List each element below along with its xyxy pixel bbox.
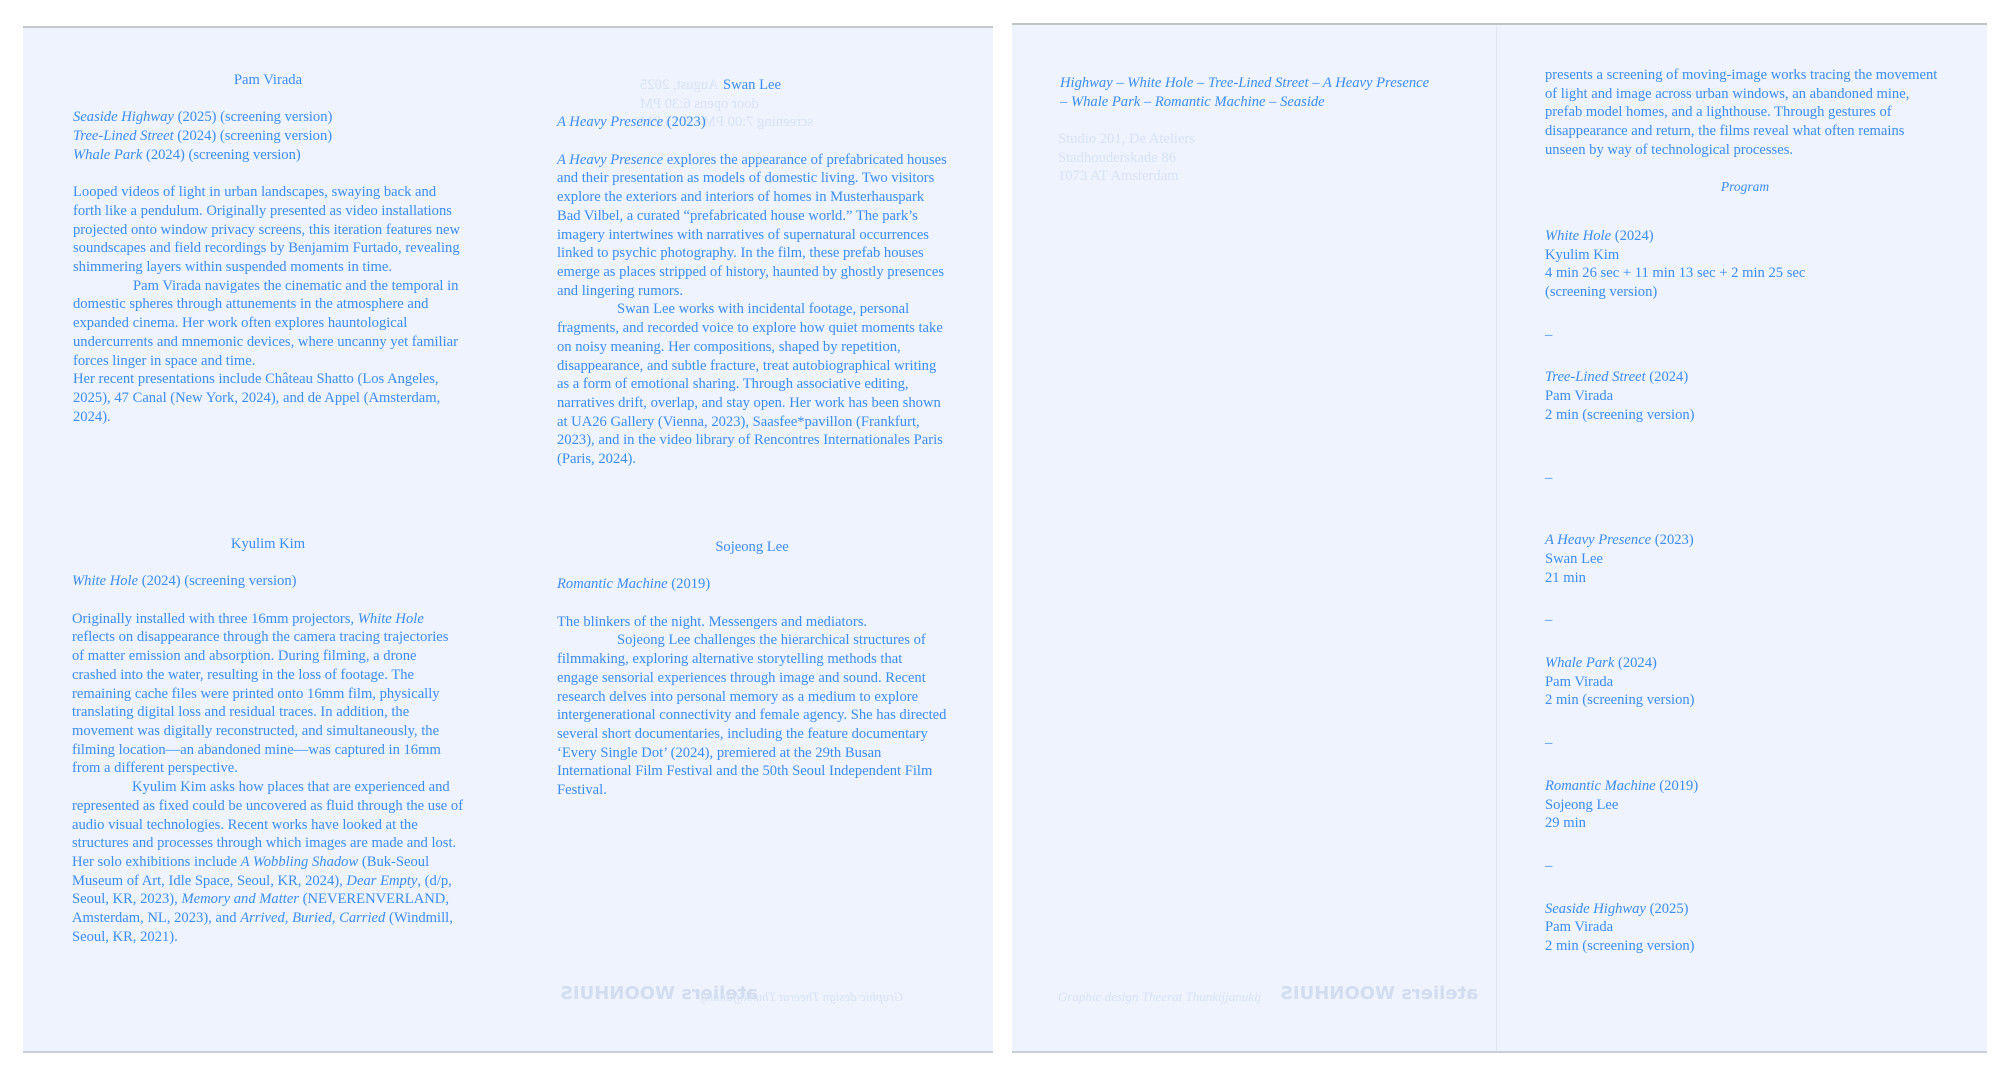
work-description: Looped videos of light in urban landscap… [73,183,463,277]
program-heading: Program [1545,178,1945,197]
work-line: White Hole (2024) (screening version) [72,572,464,591]
artist-section-swan-lee: Swan Lee A Heavy Presence (2023) A Heavy… [557,76,947,469]
program-separator: – [1545,734,1945,753]
artist-name: Kyulim Kim [72,535,464,554]
work-line: Seaside Highway (2025) (screening versio… [73,108,463,127]
artist-name: Swan Lee [557,76,947,95]
page-fold [1496,26,1497,1051]
artist-bio: Kyulim Kim asks how places that are expe… [72,778,464,946]
work-description: Originally installed with three 16mm pro… [72,610,464,778]
work-line: Romantic Machine (2019) [557,575,947,594]
program-item: Tree-Lined Street (2024)Pam Virada2 min … [1545,368,1945,424]
program-item: Romantic Machine (2019)Sojeong Lee29 min [1545,777,1945,833]
artist-section-sojeong-lee: Sojeong Lee Romantic Machine (2019) The … [557,538,947,800]
work-description: A Heavy Presence explores the appearance… [557,151,947,301]
artist-bio: Sojeong Lee challenges the hierarchical … [557,631,947,799]
program-separator: – [1545,326,1945,345]
program-separator: – [1545,611,1945,630]
program-separator: – [1545,469,1945,488]
artist-name: Sojeong Lee [557,538,947,557]
work-line: Whale Park (2024) (screening version) [73,146,463,165]
artist-bio: Pam Virada navigates the cinematic and t… [73,277,463,371]
work-line: Tree-Lined Street (2024) (screening vers… [73,127,463,146]
artist-section-pam-virada: Pam Virada Seaside Highway (2025) (scree… [73,71,463,426]
program-item: White Hole (2024)Kyulim Kim4 min 26 sec … [1545,227,1945,302]
artist-section-kyulim-kim: Kyulim Kim White Hole (2024) (screening … [72,535,464,946]
program-separator: – [1545,857,1945,876]
program-title-lines: Highway – White Hole – Tree-Lined Street… [1060,74,1480,111]
program-column: presents a screening of moving-image wor… [1545,66,1945,956]
work-line: A Heavy Presence (2023) [557,113,947,132]
program-item: Whale Park (2024)Pam Virada2 min (screen… [1545,654,1945,710]
program-item: A Heavy Presence (2023)Swan Lee21 min [1545,531,1945,587]
work-description: The blinkers of the night. Messengers an… [557,613,947,632]
program-list: White Hole (2024)Kyulim Kim4 min 26 sec … [1545,227,1945,956]
intro-text: presents a screening of moving-image wor… [1545,66,1945,160]
artist-name: Pam Virada [73,71,463,90]
artist-bio-presentations: Her recent presentations include Château… [73,370,463,426]
program-item: Seaside Highway (2025)Pam Virada2 min (s… [1545,900,1945,956]
artist-bio: Swan Lee works with incidental footage, … [557,300,947,468]
